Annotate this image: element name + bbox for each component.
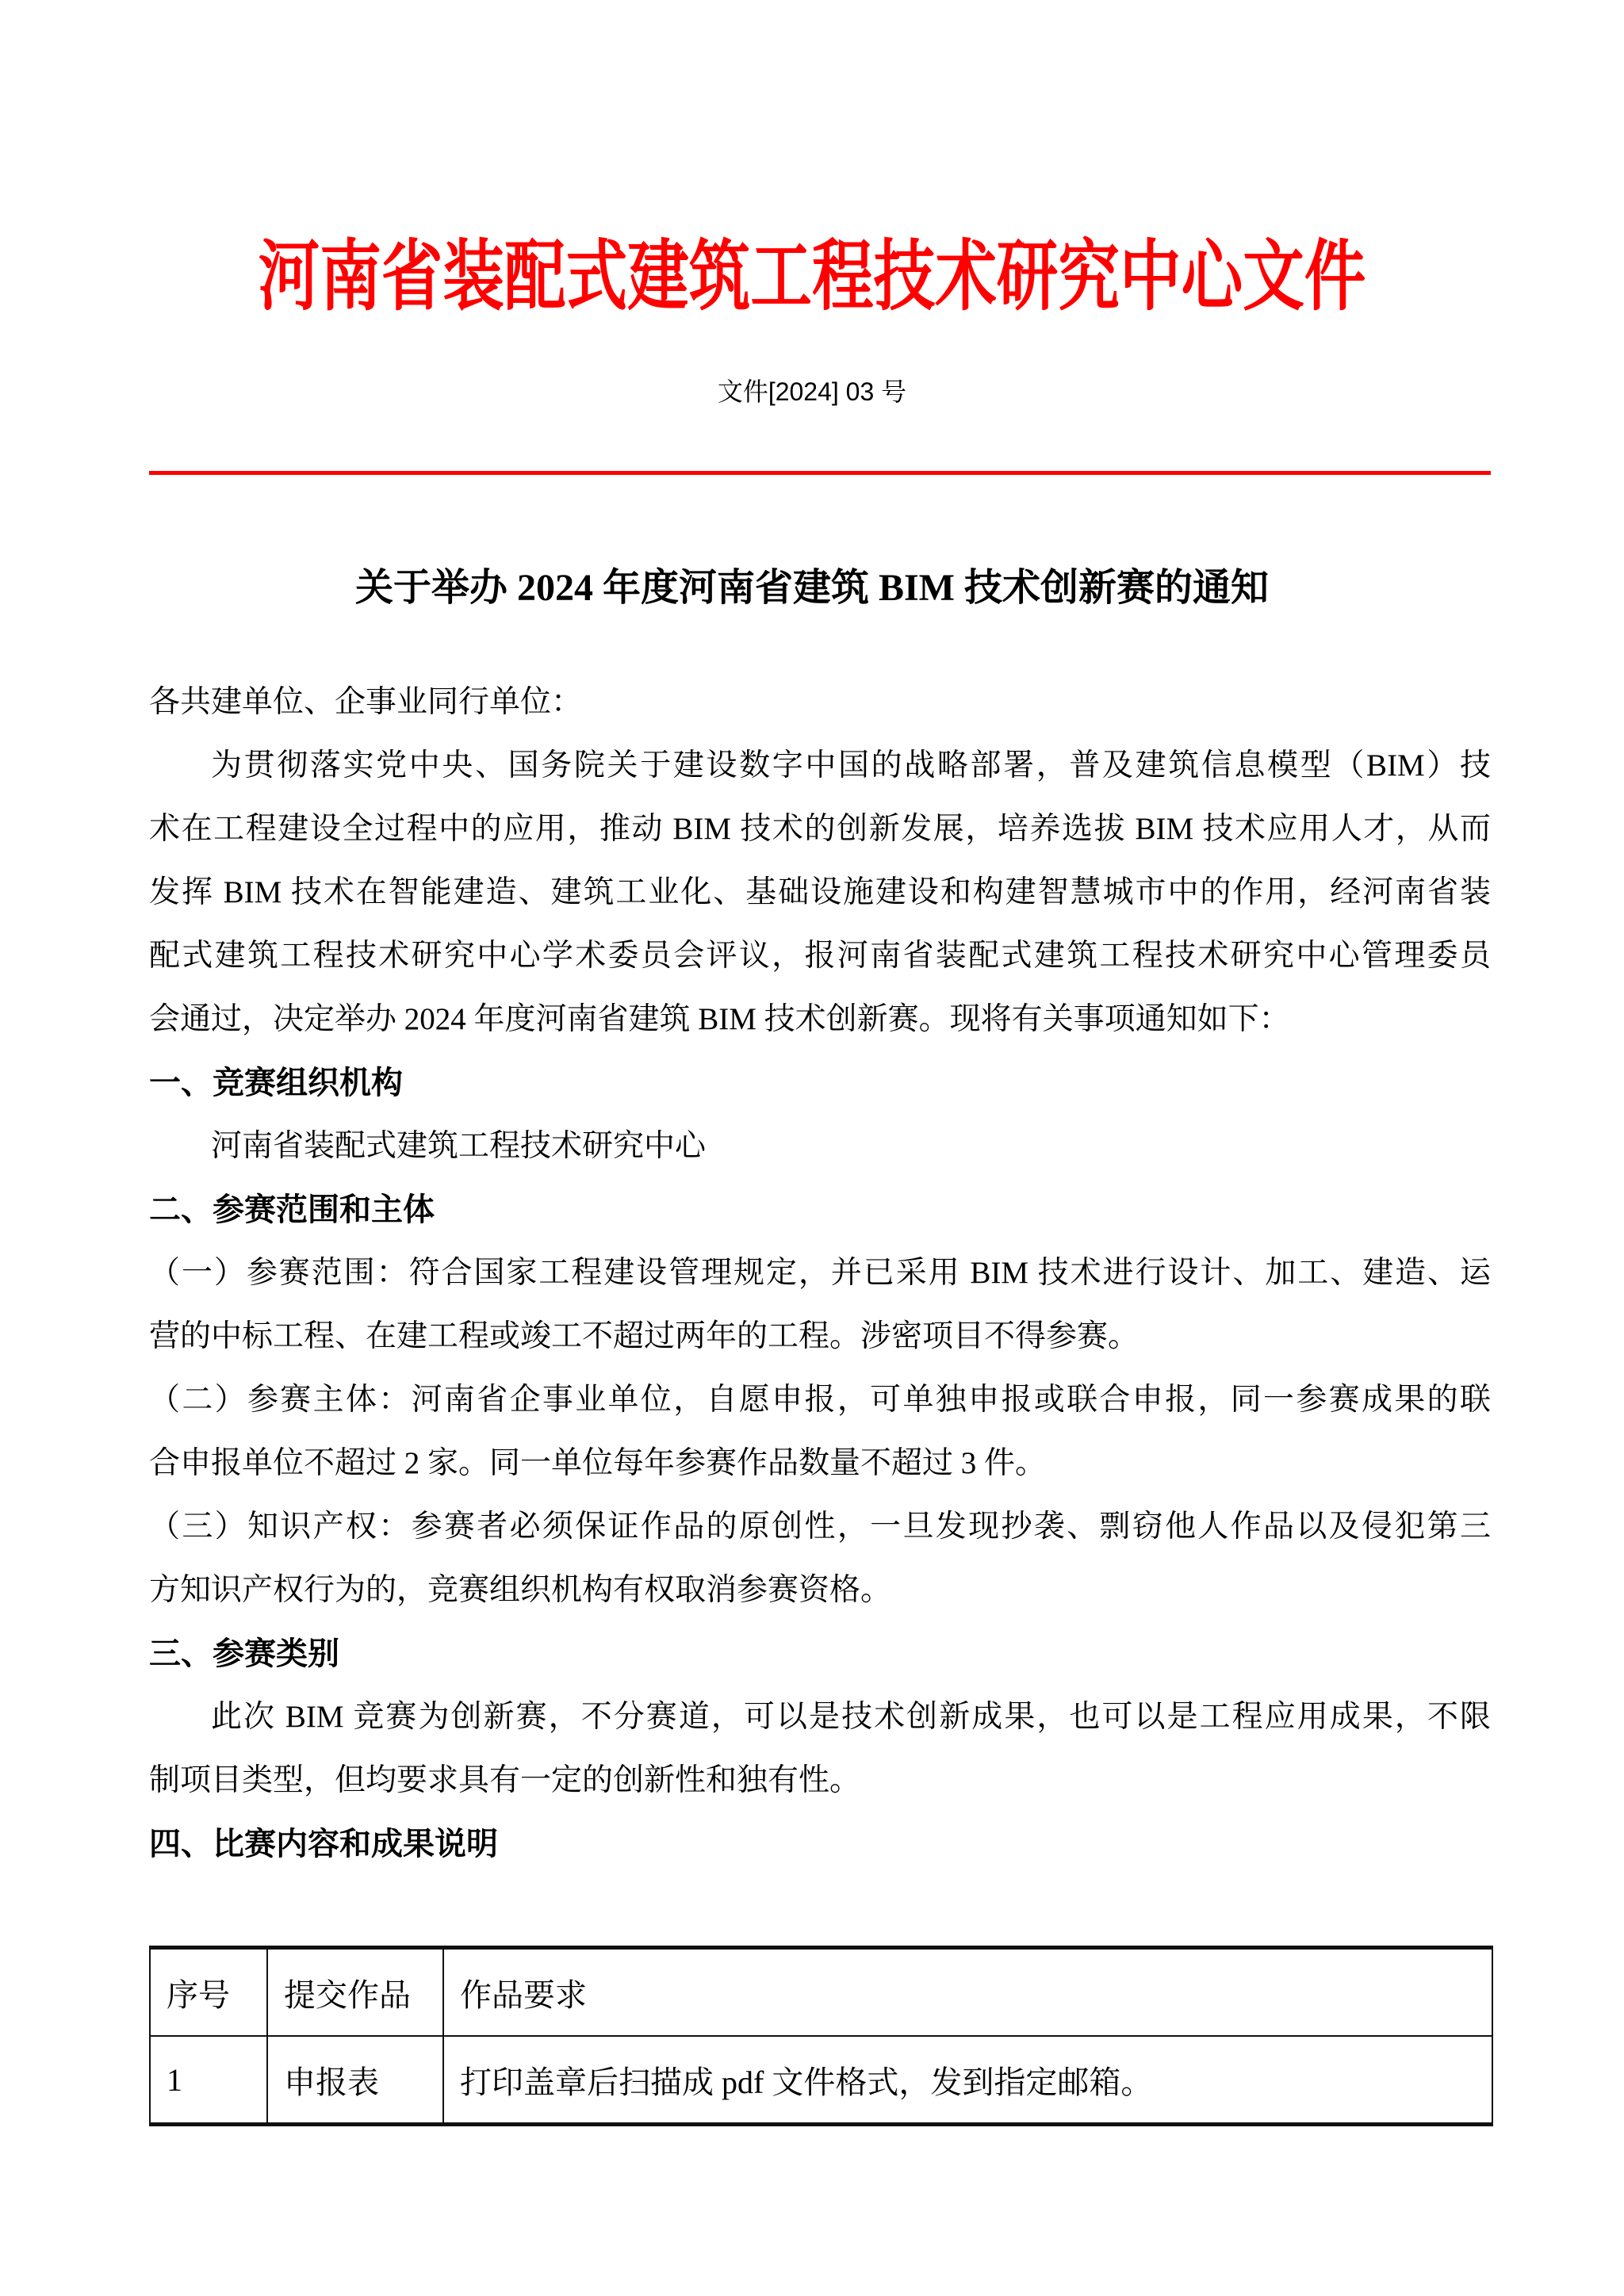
table-cell: 1 [150, 2036, 267, 2125]
body-line: （一）参赛范围：符合国家工程建设管理规定，并已采用 BIM 技术进行设计、加工、… [149, 1242, 1491, 1305]
section-heading: 四、比赛内容和成果说明 [149, 1812, 1491, 1876]
body-line: 术在工程建设全过程中的应用，推动 BIM 技术的创新发展，培养选拔 BIM 技术… [149, 798, 1491, 861]
doc-number: 文件[2024] 03 号 [0, 374, 1624, 409]
table-cell: 申报表 [267, 2036, 443, 2125]
table-header-cell: 序号 [150, 1948, 267, 2037]
body-line: 发挥 BIM 技术在智能建造、建筑工业化、基础设施建设和构建智慧城市中的作用，经… [149, 861, 1491, 924]
body-line: 此次 BIM 竞赛为创新赛，不分赛道，可以是技术创新成果，也可以是工程应用成果，… [149, 1686, 1491, 1749]
body-line: （二）参赛主体：河南省企事业单位，自愿申报，可单独申报或联合申报，同一参赛成果的… [149, 1368, 1491, 1432]
body-line: 各共建单位、企事业同行单位： [149, 671, 1491, 734]
section-heading: 三、参赛类别 [149, 1622, 1491, 1686]
section-heading: 一、竞赛组织机构 [149, 1051, 1491, 1115]
body-line: 方知识产权行为的，竞赛组织机构有权取消参赛资格。 [149, 1559, 1491, 1622]
notice-title: 关于举办 2024 年度河南省建筑 BIM 技术创新赛的通知 [0, 562, 1624, 614]
table-row: 1申报表打印盖章后扫描成 pdf 文件格式，发到指定邮箱。 [150, 2036, 1492, 2125]
document-page: 河南省装配式建筑工程技术研究中心文件 文件[2024] 03 号 关于举办 20… [0, 0, 1624, 2296]
table-header-cell: 作品要求 [443, 1948, 1492, 2037]
section-heading: 二、参赛范围和主体 [149, 1178, 1491, 1242]
body-line: 配式建筑工程技术研究中心学术委员会评议，报河南省装配式建筑工程技术研究中心管理委… [149, 924, 1491, 988]
body-line: 为贯彻落实党中央、国务院关于建设数字中国的战略部署，普及建筑信息模型（BIM）技 [149, 734, 1491, 798]
table-header-row: 序号提交作品作品要求 [150, 1948, 1492, 2037]
table-header-cell: 提交作品 [267, 1948, 443, 2037]
body-line: 营的中标工程、在建工程或竣工不超过两年的工程。涉密项目不得参赛。 [149, 1305, 1491, 1368]
body-line: 会通过，决定举办 2024 年度河南省建筑 BIM 技术创新赛。现将有关事项通知… [149, 988, 1491, 1051]
letterhead-title: 河南省装配式建筑工程技术研究中心文件 [0, 0, 1624, 329]
body-line: 制项目类型，但均要求具有一定的创新性和独有性。 [149, 1749, 1491, 1812]
red-divider-line [149, 471, 1491, 475]
body-line: （三）知识产权：参赛者必须保证作品的原创性，一旦发现抄袭、剽窃他人作品以及侵犯第… [149, 1495, 1491, 1559]
submission-requirements-table: 序号提交作品作品要求 1申报表打印盖章后扫描成 pdf 文件格式，发到指定邮箱。 [149, 1946, 1493, 2126]
table-cell: 打印盖章后扫描成 pdf 文件格式，发到指定邮箱。 [443, 2036, 1492, 2125]
body-line: 河南省装配式建筑工程技术研究中心 [149, 1115, 1491, 1178]
letterhead-title-text: 河南省装配式建筑工程技术研究中心文件 [259, 226, 1366, 329]
body-text: 各共建单位、企事业同行单位：为贯彻落实党中央、国务院关于建设数字中国的战略部署，… [149, 671, 1491, 1876]
body-line: 合申报单位不超过 2 家。同一单位每年参赛作品数量不超过 3 件。 [149, 1432, 1491, 1495]
